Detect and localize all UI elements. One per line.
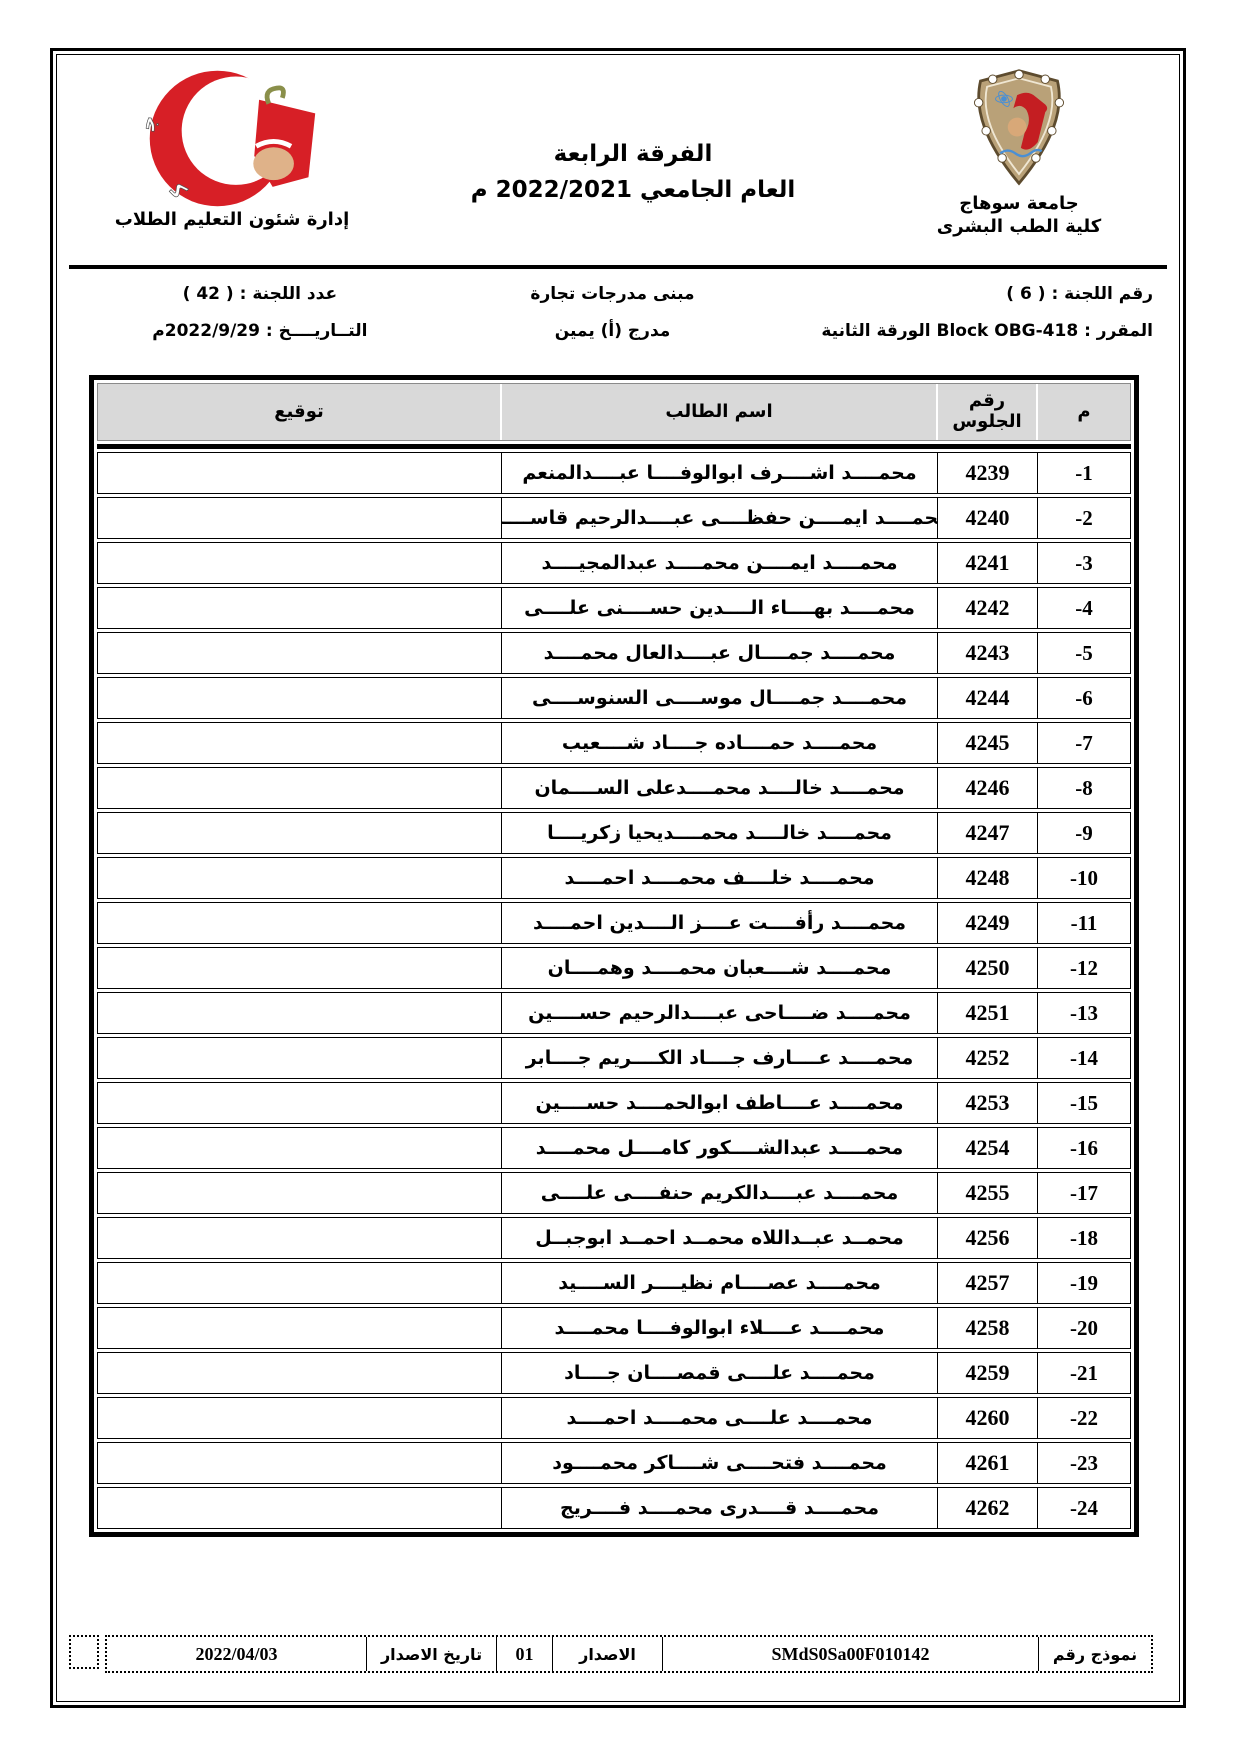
row-student-name: محمــــد علــــى قمصــــان جــــاد [502, 1353, 938, 1393]
table-row: -16 4254 محمــــد عبدالشــــكور كامــــل… [97, 1127, 1131, 1169]
row-student-name: محمــــد عــــارف جــــاد الكــــريم جــ… [502, 1038, 938, 1078]
university-name: جامعة سوهاج [869, 193, 1169, 216]
faculty-name: كلية الطب البشرى [869, 216, 1169, 239]
university-block: جامعة سوهاج كلية الطب البشرى [869, 63, 1169, 238]
row-seat-number: 4240 [938, 498, 1038, 538]
footer-form-table: نموذج رقم SMdS0Sa00F010142 الاصدار 01 تا… [105, 1635, 1153, 1673]
page-header: جامعة سوهاج كلية الطب البشرى الفرقة الرا… [67, 63, 1169, 259]
row-index: -18 [1038, 1218, 1130, 1258]
row-seat-number: 4250 [938, 948, 1038, 988]
row-seat-number: 4239 [938, 453, 1038, 493]
row-seat-number: 4247 [938, 813, 1038, 853]
row-student-name: محمــــد عبــــدالكريم حنفــــى علــــى [502, 1173, 938, 1213]
table-row: -10 4248 محمــــد خلــــف محمــــد احمــ… [97, 857, 1131, 899]
form-number-value: SMdS0Sa00F010142 [663, 1637, 1039, 1671]
row-index: -2 [1038, 498, 1130, 538]
row-index: -14 [1038, 1038, 1130, 1078]
table-row: -19 4257 محمــــد عصــــام نظيــــر السـ… [97, 1262, 1131, 1304]
administration-block: جامعة سوهاج كلية الطب إدارة شئون التعليم… [67, 63, 397, 230]
header-seat-number: رقم الجلوس [938, 384, 1038, 440]
row-index: -11 [1038, 903, 1130, 943]
row-index: -23 [1038, 1443, 1130, 1483]
row-student-name: محمــد عبــداللاه محمــد احمــد ابوجبــل [502, 1218, 938, 1258]
table-row: -15 4253 محمــــد عــــاطف ابوالحمــــد … [97, 1082, 1131, 1124]
row-signature-cell [98, 678, 502, 718]
table-row: -17 4255 محمــــد عبــــدالكريم حنفــــى… [97, 1172, 1131, 1214]
footer-dotted-box [69, 1635, 99, 1669]
table-row: -21 4259 محمــــد علــــى قمصــــان جـــ… [97, 1352, 1131, 1394]
row-student-name: محمــــد اشــــرف ابوالوفــــا عبــــدال… [502, 453, 938, 493]
header-index: م [1038, 384, 1130, 440]
header-divider [69, 265, 1167, 269]
row-seat-number: 4254 [938, 1128, 1038, 1168]
row-signature-cell [98, 1308, 502, 1348]
row-signature-cell [98, 1263, 502, 1303]
row-seat-number: 4246 [938, 768, 1038, 808]
row-student-name: محمــــد شــــعبان محمــــد وهمــــان [502, 948, 938, 988]
row-student-name: محمــــد خالــــد محمــــديحيا زكريــــا [502, 813, 938, 853]
issue-value: 01 [497, 1637, 553, 1671]
table-row: -3 4241 محمــــد ايمــــن محمــــد عبدال… [97, 542, 1131, 584]
title-block: الفرقة الرابعة العام الجامعي 2022/2021 م [397, 63, 869, 203]
issue-date-value: 2022/04/03 [107, 1637, 367, 1671]
row-index: -19 [1038, 1263, 1130, 1303]
row-student-name: محمــــد عبدالشــــكور كامــــل محمــــد [502, 1128, 938, 1168]
row-signature-cell [98, 1038, 502, 1078]
row-index: -22 [1038, 1398, 1130, 1438]
row-seat-number: 4253 [938, 1083, 1038, 1123]
table-row: -12 4250 محمــــد شــــعبان محمــــد وهم… [97, 947, 1131, 989]
admin-unit-label: إدارة شئون التعليم الطلاب [67, 209, 397, 230]
issue-date-label: تاريخ الاصدار [367, 1637, 497, 1671]
row-seat-number: 4256 [938, 1218, 1038, 1258]
row-index: -7 [1038, 723, 1130, 763]
table-row: -1 4239 محمــــد اشــــرف ابوالوفــــا ع… [97, 452, 1131, 494]
table-body: -1 4239 محمــــد اشــــرف ابوالوفــــا ع… [97, 452, 1131, 1529]
row-signature-cell [98, 1488, 502, 1528]
form-number-label: نموذج رقم [1039, 1637, 1151, 1671]
row-index: -3 [1038, 543, 1130, 583]
table-row: -24 4262 محمــــد قــــدرى محمــــد فـــ… [97, 1487, 1131, 1529]
row-index: -16 [1038, 1128, 1130, 1168]
row-index: -12 [1038, 948, 1130, 988]
row-index: -4 [1038, 588, 1130, 628]
header-signature: توقيع [98, 384, 502, 440]
row-student-name: محمــــد رأفــــت عــــز الــــدين احمــ… [502, 903, 938, 943]
row-signature-cell [98, 813, 502, 853]
faculty-crescent-logo: جامعة سوهاج كلية الطب [114, 63, 350, 213]
row-signature-cell [98, 1128, 502, 1168]
row-student-name: محمــــد بهــــاء الــــدين حســــنى علـ… [502, 588, 938, 628]
svg-text:جامعة سوهاج: جامعة سوهاج [114, 63, 161, 133]
table-row: -22 4260 محمــــد علــــى محمــــد احمــ… [97, 1397, 1131, 1439]
table-row: -20 4258 محمــــد عــــلاء ابوالوفــــا … [97, 1307, 1131, 1349]
exam-hall: مدرج (أ) يمين [453, 312, 773, 349]
row-student-name: محمــــد حمــــاده جــــاد شــــعيب [502, 723, 938, 763]
table-row: -8 4246 محمــــد خالــــد محمــــدعلى ال… [97, 767, 1131, 809]
table-header-row: م رقم الجلوس اسم الطالب توقيع [97, 383, 1131, 441]
table-row: -6 4244 محمــــد جمــــال موســــى السنو… [97, 677, 1131, 719]
row-student-name: محمــــد عصــــام نظيــــر الســــيد [502, 1263, 938, 1303]
row-seat-number: 4261 [938, 1443, 1038, 1483]
page-footer: نموذج رقم SMdS0Sa00F010142 الاصدار 01 تا… [69, 1635, 1153, 1673]
row-seat-number: 4255 [938, 1173, 1038, 1213]
row-index: -6 [1038, 678, 1130, 718]
row-seat-number: 4244 [938, 678, 1038, 718]
row-student-name: محمــــد ايمــــن محمــــد عبدالمجيــــد [502, 543, 938, 583]
row-index: -21 [1038, 1353, 1130, 1393]
row-index: -5 [1038, 633, 1130, 673]
row-signature-cell [98, 1398, 502, 1438]
row-signature-cell [98, 588, 502, 628]
row-signature-cell [98, 903, 502, 943]
row-signature-cell [98, 768, 502, 808]
row-index: -24 [1038, 1488, 1130, 1528]
table-row: -5 4243 محمــــد جمــــال عبــــدالعال م… [97, 632, 1131, 674]
row-student-name: محمــــد جمــــال موســــى السنوســــى [502, 678, 938, 718]
row-signature-cell [98, 543, 502, 583]
row-seat-number: 4248 [938, 858, 1038, 898]
row-seat-number: 4241 [938, 543, 1038, 583]
exam-building: مبنى مدرجات تجارة [453, 275, 773, 312]
row-index: -10 [1038, 858, 1130, 898]
row-seat-number: 4249 [938, 903, 1038, 943]
table-row: -14 4252 محمــــد عــــارف جــــاد الكــ… [97, 1037, 1131, 1079]
committee-count: عدد اللجنة : ( 42 ) [67, 275, 453, 312]
row-signature-cell [98, 1083, 502, 1123]
row-seat-number: 4259 [938, 1353, 1038, 1393]
row-seat-number: 4245 [938, 723, 1038, 763]
row-seat-number: 4258 [938, 1308, 1038, 1348]
row-student-name: محمــــد قــــدرى محمــــد فــــريج [502, 1488, 938, 1528]
course-name: المقرر : Block OBG-418 الورقة الثانية [772, 312, 1169, 349]
academic-year: العام الجامعي 2022/2021 م [397, 177, 869, 203]
row-signature-cell [98, 1173, 502, 1213]
row-signature-cell [98, 858, 502, 898]
table-row: -9 4247 محمــــد خالــــد محمــــديحيا ز… [97, 812, 1131, 854]
row-student-name: محمــــد علــــى محمــــد احمــــد [502, 1398, 938, 1438]
row-student-name: محمــــد عــــاطف ابوالحمــــد حســــين [502, 1083, 938, 1123]
row-student-name: محمــــد خالــــد محمــــدعلى الســــمان [502, 768, 938, 808]
table-row: -23 4261 محمــــد فتحــــى شــــاكر محمـ… [97, 1442, 1131, 1484]
page-title: الفرقة الرابعة [397, 141, 869, 167]
committee-info: رقم اللجنة : ( 6 ) مبنى مدرجات تجارة عدد… [67, 275, 1169, 349]
row-index: -17 [1038, 1173, 1130, 1213]
row-index: -1 [1038, 453, 1130, 493]
row-student-name: محمــــد خلــــف محمــــد احمــــد [502, 858, 938, 898]
row-index: -9 [1038, 813, 1130, 853]
row-student-name: محمــــد عــــلاء ابوالوفــــا محمــــد [502, 1308, 938, 1348]
row-index: -8 [1038, 768, 1130, 808]
row-signature-cell [98, 1218, 502, 1258]
header-student-name: اسم الطالب [502, 384, 938, 440]
table-row: -11 4249 محمــــد رأفــــت عــــز الــــ… [97, 902, 1131, 944]
row-signature-cell [98, 498, 502, 538]
exam-date: التــاريــــخ : 2022/9/29م [67, 312, 453, 349]
issue-label: الاصدار [553, 1637, 663, 1671]
row-student-name: محمــــد جمــــال عبــــدالعال محمــــد [502, 633, 938, 673]
row-student-name: محمــــد فتحــــى شــــاكر محمــــود [502, 1443, 938, 1483]
page-frame: جامعة سوهاج كلية الطب البشرى الفرقة الرا… [50, 48, 1186, 1708]
row-signature-cell [98, 723, 502, 763]
table-header-separator [97, 444, 1131, 449]
row-signature-cell [98, 1443, 502, 1483]
row-seat-number: 4251 [938, 993, 1038, 1033]
row-signature-cell [98, 993, 502, 1033]
page-frame-inner: جامعة سوهاج كلية الطب البشرى الفرقة الرا… [56, 54, 1180, 1702]
students-table: م رقم الجلوس اسم الطالب توقيع -1 4239 مح… [89, 375, 1139, 1537]
row-index: -20 [1038, 1308, 1130, 1348]
row-seat-number: 4243 [938, 633, 1038, 673]
row-seat-number: 4252 [938, 1038, 1038, 1078]
row-seat-number: 4262 [938, 1488, 1038, 1528]
row-seat-number: 4260 [938, 1398, 1038, 1438]
row-signature-cell [98, 1353, 502, 1393]
committee-number: رقم اللجنة : ( 6 ) [772, 275, 1169, 312]
row-index: -15 [1038, 1083, 1130, 1123]
row-signature-cell [98, 453, 502, 493]
row-index: -13 [1038, 993, 1130, 1033]
row-seat-number: 4242 [938, 588, 1038, 628]
table-row: -4 4242 محمــــد بهــــاء الــــدين حســ… [97, 587, 1131, 629]
table-row: -18 4256 محمــد عبــداللاه محمــد احمــد… [97, 1217, 1131, 1259]
row-student-name: محمــــد ايمــــن حفظــــى عبــــدالرحيم… [502, 498, 938, 538]
table-row: -7 4245 محمــــد حمــــاده جــــاد شــــ… [97, 722, 1131, 764]
row-student-name: محمــــد ضــــاحى عبــــدالرحيم حســــين [502, 993, 938, 1033]
row-signature-cell [98, 633, 502, 673]
exam-attendance-sheet: جامعة سوهاج كلية الطب البشرى الفرقة الرا… [0, 0, 1241, 1754]
row-seat-number: 4257 [938, 1263, 1038, 1303]
row-signature-cell [98, 948, 502, 988]
table-row: -2 4240 محمــــد ايمــــن حفظــــى عبـــ… [97, 497, 1131, 539]
university-shield-logo [958, 67, 1080, 189]
table-row: -13 4251 محمــــد ضــــاحى عبــــدالرحيم… [97, 992, 1131, 1034]
crescent-top-text: جامعة سوهاج [114, 63, 161, 133]
